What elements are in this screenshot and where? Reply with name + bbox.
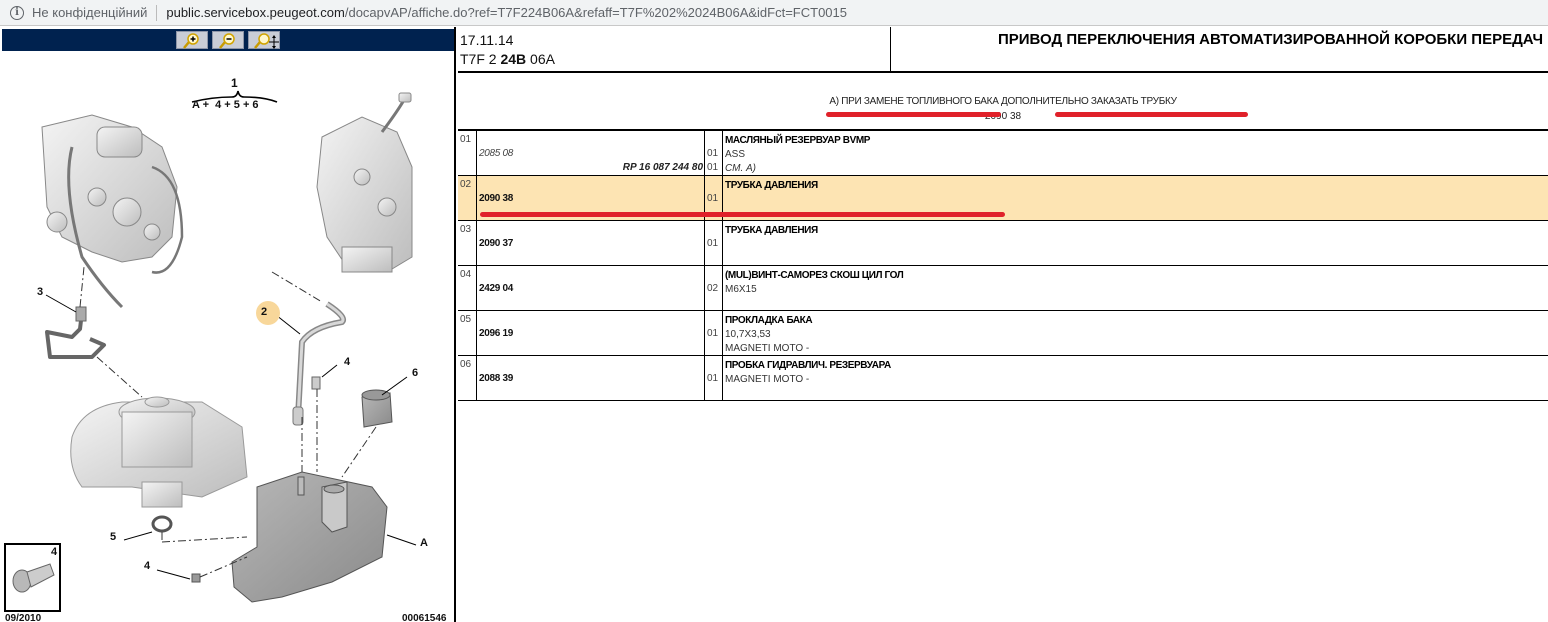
zoom-pan-button[interactable]	[248, 31, 280, 49]
ref-bold: 24B	[500, 51, 526, 67]
zoom-in-button[interactable]	[176, 31, 208, 49]
page-header: 17.11.14 T7F 2 24B 06A ПРИВОД ПЕРЕКЛЮЧЕН…	[458, 27, 1548, 73]
diagram-date: 09/2010	[5, 613, 41, 622]
part-ref-cell: 2090 37	[477, 221, 705, 265]
page-title: ПРИВОД ПЕРЕКЛЮЧЕНИЯ АВТОМАТИЗИРОВАННОЙ К…	[898, 31, 1543, 48]
address-bar[interactable]: i Не конфіденційний public.servicebox.pe…	[0, 0, 1548, 26]
table-row[interactable]: 03 2090 37 01 ТРУБКА ДАВЛЕНИЯ	[458, 221, 1548, 266]
part-detail: M6X15	[725, 283, 1548, 297]
part-ref[interactable]: 2085 08	[479, 148, 513, 159]
part-ref-cell: 2096 19	[477, 311, 705, 355]
inset-label: 4	[51, 546, 57, 558]
callout-4-bottom[interactable]: 4	[144, 560, 150, 572]
part-qty: 01	[707, 148, 718, 159]
part-detail: 10,7X3,53	[725, 328, 1548, 342]
note-ref[interactable]: 2090 38	[458, 111, 1548, 122]
part-desc: ПРОБКА ГИДРАВЛИЧ. РЕЗЕРВУАРА MAGNETI MOT…	[724, 356, 1548, 400]
part-detail: СМ. А)	[725, 162, 1548, 176]
table-row[interactable]: 05 2096 19 01 ПРОКЛАДКА БАКА 10,7X3,53 M…	[458, 311, 1548, 356]
part-name: ПРОКЛАДКА БАКА	[725, 314, 1548, 328]
callout-a[interactable]: A	[420, 537, 428, 549]
part-detail: MAGNETI MOTO -	[725, 373, 1548, 387]
note-text: А) ПРИ ЗАМЕНЕ ТОПЛИВНОГО БАКА ДОПОЛНИТЕЛ…	[458, 96, 1548, 107]
url-host: public.servicebox.peugeot.com	[166, 5, 345, 20]
callout-3[interactable]: 3	[37, 286, 43, 298]
part-name: ПРОБКА ГИДРАВЛИЧ. РЕЗЕРВУАРА	[725, 359, 1548, 373]
drawing-id: 00061546	[402, 613, 447, 622]
qty-cell: 01	[705, 221, 723, 265]
part-detail: MAGNETI MOTO -	[725, 342, 1548, 356]
qty-cell: 02	[705, 266, 723, 310]
part-ref-cell: 2088 39	[477, 356, 705, 400]
diagram-toolbar	[2, 29, 454, 51]
order-note: А) ПРИ ЗАМЕНЕ ТОПЛИВНОГО БАКА ДОПОЛНИТЕЛ…	[458, 73, 1548, 131]
part-ref[interactable]: 2096 19	[479, 328, 513, 339]
part-ref[interactable]: 2090 37	[479, 238, 513, 249]
security-label: Не конфіденційний	[32, 5, 147, 20]
part-name: МАСЛЯНЫЙ РЕЗЕРВУАР BVMP	[725, 134, 1548, 148]
callout-assembly-number[interactable]: 1	[231, 76, 238, 90]
part-ref[interactable]: 2090 38	[479, 193, 513, 204]
part-number: 02	[458, 176, 477, 220]
part-detail: ASS	[725, 148, 1548, 162]
part-name: (MUL)ВИНТ-САМОРЕЗ СКОШ ЦИЛ ГОЛ	[725, 269, 1548, 283]
header-left: 17.11.14 T7F 2 24B 06A	[458, 27, 891, 71]
part-qty: 01	[707, 328, 718, 339]
part-number: 05	[458, 311, 477, 355]
part-number: 03	[458, 221, 477, 265]
magnifier-move-icon	[253, 33, 279, 49]
callout-6[interactable]: 6	[412, 367, 418, 379]
part-qty: 01	[707, 193, 718, 204]
qty-cell: 01	[705, 356, 723, 400]
callout-4-top[interactable]: 4	[344, 356, 350, 368]
part-name: ТРУБКА ДАВЛЕНИЯ	[725, 179, 1548, 193]
magnifier-plus-icon	[181, 33, 205, 49]
url-path: /docapvAP/affiche.do?ref=T7F224B06A&refa…	[345, 5, 847, 20]
part-desc: (MUL)ВИНТ-САМОРЕЗ СКОШ ЦИЛ ГОЛ M6X15	[724, 266, 1548, 310]
info-icon[interactable]: i	[10, 6, 24, 20]
callout-5[interactable]: 5	[110, 531, 116, 543]
part-desc: МАСЛЯНЫЙ РЕЗЕРВУАР BVMP ASS СМ. А)	[724, 131, 1548, 175]
parts-list-panel: 17.11.14 T7F 2 24B 06A ПРИВОД ПЕРЕКЛЮЧЕН…	[458, 27, 1548, 622]
exploded-parts-diagram[interactable]: 1 A + 4 + 5 + 6 2 3 4 4 5 6 A 4 09/2010 …	[2, 57, 454, 622]
catalog-date: 17.11.14	[460, 31, 890, 50]
table-row[interactable]: 04 2429 04 02 (MUL)ВИНТ-САМОРЕЗ СКОШ ЦИЛ…	[458, 266, 1548, 311]
part-number: 04	[458, 266, 477, 310]
part-qty: 01	[707, 373, 718, 384]
part-desc: ТРУБКА ДАВЛЕНИЯ	[724, 221, 1548, 265]
part-ref-cell: 2429 04	[477, 266, 705, 310]
assembly-formula: A + 4 + 5 + 6	[192, 99, 259, 111]
divider	[156, 5, 157, 21]
ref-suffix: 06A	[526, 51, 555, 67]
table-row[interactable]: 06 2088 39 01 ПРОБКА ГИДРАВЛИЧ. РЕЗЕРВУА…	[458, 356, 1548, 401]
parts-illustration	[2, 57, 454, 622]
part-number: 01	[458, 131, 477, 175]
part-name: ТРУБКА ДАВЛЕНИЯ	[725, 224, 1548, 238]
part-number: 06	[458, 356, 477, 400]
magnifier-minus-icon	[217, 33, 241, 49]
part-qty-2: 01	[707, 162, 718, 173]
zoom-out-button[interactable]	[212, 31, 244, 49]
red-annotation-line	[826, 112, 1001, 117]
part-ref[interactable]: 2429 04	[479, 283, 513, 294]
part-qty: 02	[707, 283, 718, 294]
callout-2[interactable]: 2	[261, 306, 267, 318]
red-annotation-line	[480, 212, 1005, 217]
part-sub-ref[interactable]: RP 16 087 244 80	[623, 162, 703, 173]
red-annotation-line	[1055, 112, 1248, 117]
part-ref[interactable]: 2088 39	[479, 373, 513, 384]
qty-cell: 01 01	[705, 131, 723, 175]
vehicle-ref: T7F 2 24B 06A	[460, 50, 890, 69]
ref-prefix: T7F 2	[460, 51, 500, 67]
part-qty: 01	[707, 238, 718, 249]
part-ref-cell: 2085 08 RP 16 087 244 80	[477, 131, 705, 175]
table-row-selected[interactable]: 02 2090 38 01 ТРУБКА ДАВЛЕНИЯ	[458, 176, 1548, 221]
part-desc: ПРОКЛАДКА БАКА 10,7X3,53 MAGNETI MOTO -	[724, 311, 1548, 355]
diagram-panel: 1 A + 4 + 5 + 6 2 3 4 4 5 6 A 4 09/2010 …	[0, 27, 456, 622]
table-row[interactable]: 01 2085 08 RP 16 087 244 80 01 01 МАСЛЯН…	[458, 131, 1548, 176]
qty-cell: 01	[705, 311, 723, 355]
